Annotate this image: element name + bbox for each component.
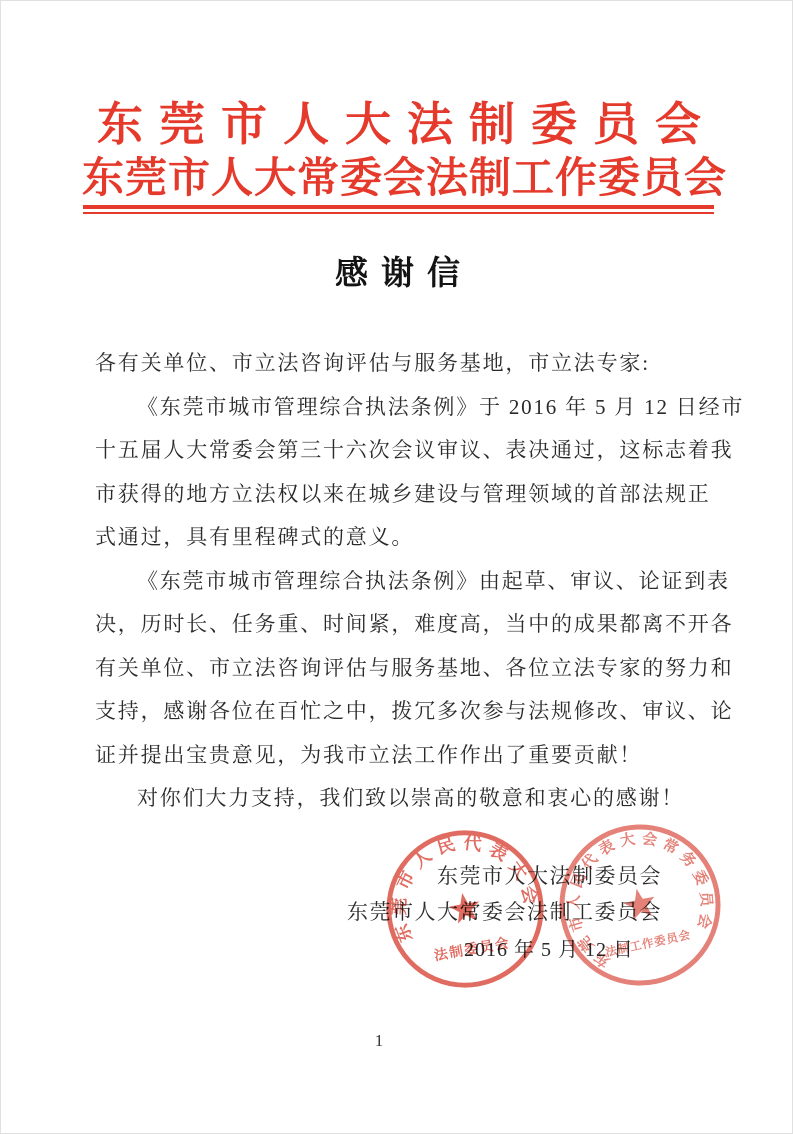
letterhead: 东莞市人大法制委员会 东莞市人大常委会法制工作委员会 [81, 95, 715, 203]
letterhead-line-1: 东莞市人大法制委员会 [81, 95, 715, 155]
letterhead-line-2: 东莞市人大常委会法制工作委员会 [81, 155, 715, 203]
body-line: 十五届人大常委会第三十六次会议审议、表决通过，这标志着我 [95, 429, 719, 473]
document-title: 感谢信 [1, 247, 793, 294]
signature-committee-1: 东莞市人大法制委员会 [437, 860, 662, 890]
letterhead-rule-thin [83, 212, 714, 214]
signature-date: 2016 年 5 月 12 日 [464, 933, 634, 962]
body-line: 各有关单位、市立法咨询评估与服务基地，市立法专家: [95, 342, 719, 386]
body-line: 市获得的地方立法权以来在城乡建设与管理领域的首部法规正 [95, 473, 719, 517]
body-line: 《东莞市城市管理综合执法条例》于 2016 年 5 月 12 日经市 [95, 386, 719, 430]
body-line: 决，历时长、任务重、时间紧，难度高，当中的成果都离不开各 [95, 603, 719, 647]
letter-page: 东莞市人大法制委员会 东莞市人大常委会法制工作委员会 感谢信 各有关单位、市立法… [0, 0, 793, 1134]
signature-committee-2: 东莞市人大常委会法制工委员会 [347, 896, 662, 926]
letterhead-rule-thick [83, 205, 714, 209]
body-line: 支持，感谢各位在百忙之中，拨冗多次参与法规修改、审议、论 [95, 690, 719, 734]
body-line: 式通过，具有里程碑式的意义。 [95, 516, 719, 560]
letter-body: 各有关单位、市立法咨询评估与服务基地，市立法专家: 《东莞市城市管理综合执法条例… [95, 342, 719, 821]
page-number: 1 [1, 1031, 757, 1051]
body-line: 《东莞市城市管理综合执法条例》由起草、审议、论证到表 [95, 560, 719, 604]
body-line: 证并提出宝贵意见，为我市立法工作作出了重要贡献！ [95, 734, 719, 778]
body-line: 对你们大力支持，我们致以崇高的敬意和衷心的感谢！ [95, 777, 719, 821]
body-line: 有关单位、市立法咨询评估与服务基地、各位立法专家的努力和 [95, 647, 719, 691]
